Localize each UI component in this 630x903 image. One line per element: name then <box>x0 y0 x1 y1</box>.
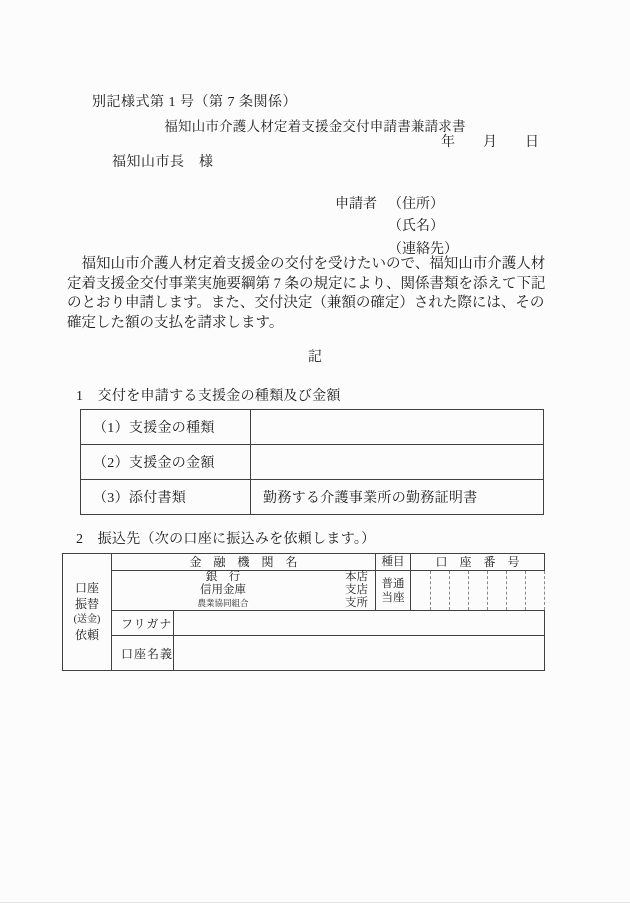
application-body-paragraph: 福知山市介護人材定着支援金の交付を受けたいので、福知山市介護人材 定着支援金交付… <box>67 255 559 333</box>
account-digit-cell <box>488 571 507 611</box>
table-row: （2）支援金の金額 <box>81 445 544 480</box>
memo-mark: 記 <box>0 350 630 366</box>
applicant-name-field: （氏名） <box>388 219 444 235</box>
institution-name-cell: 銀 行 信用金庫 農業協同組合 本店 支店 支所 <box>112 571 376 611</box>
account-number-header: 口 座 番 号 <box>411 554 545 571</box>
account-type-header: 種目 <box>376 554 411 571</box>
account-type-option: 当座 <box>376 591 410 605</box>
applicant-label: 申請者 <box>335 197 377 213</box>
section2-heading: 2 振込先（次の口座に振込みを依頼します。） <box>76 532 375 548</box>
applicant-address-field: （住所） <box>388 197 444 213</box>
account-type-options: 普通 当座 <box>376 571 411 611</box>
account-digit-cell <box>469 571 488 611</box>
account-digit-cell <box>431 571 450 611</box>
application-form-page: 別記様式第 1 号（第 7 条関係） 福知山市介護人材定着支援金交付申請書兼請求… <box>0 0 630 903</box>
institution-name-header: 金 融 機 関 名 <box>112 554 376 571</box>
account-digit-cell <box>526 571 545 611</box>
transfer-account-table: 口座 振替 (送金) 依頼 金 融 機 関 名 種目 口 座 番 号 銀 行 信… <box>62 553 545 671</box>
row-label: （3）添付書類 <box>81 480 251 515</box>
account-holder-value-cell <box>174 636 545 671</box>
account-holder-label: 口座名義 <box>112 636 174 671</box>
row-value <box>251 410 544 445</box>
side-label-line: (送金) <box>63 612 111 628</box>
bank-type-option: 銀 行 <box>112 571 334 584</box>
side-label-line: 振替 <box>63 597 111 613</box>
row-value: 勤務する介護事業所の勤務証明書 <box>251 480 544 515</box>
row-value <box>251 445 544 480</box>
form-number-line: 別記様式第 1 号（第 7 条関係） <box>92 95 297 111</box>
furigana-value-cell <box>174 611 545 636</box>
bank-type-option: 信用金庫 <box>112 584 334 597</box>
side-label-line: 依頼 <box>63 628 111 644</box>
row-label: （1）支援金の種類 <box>81 410 251 445</box>
bank-type-list: 銀 行 信用金庫 農業協同組合 <box>112 571 334 610</box>
addressee-line: 福知山市長 様 <box>112 155 214 171</box>
account-digit-cell <box>507 571 526 611</box>
table-row: （1）支援金の種類 <box>81 410 544 445</box>
furigana-label: フリガナ <box>112 611 174 636</box>
transfer-side-label: 口座 振替 (送金) 依頼 <box>63 554 112 671</box>
account-digit-cell <box>450 571 469 611</box>
branch-type-option: 本店 <box>334 571 368 584</box>
section1-heading: 1 交付を申請する支援金の種類及び金額 <box>76 389 341 405</box>
account-type-option: 普通 <box>376 577 410 591</box>
table-row: （3）添付書類 勤務する介護事業所の勤務証明書 <box>81 480 544 515</box>
date-line: 年 月 日 <box>441 135 539 151</box>
branch-type-option: 支店 <box>334 584 368 597</box>
account-digit-cell <box>411 571 431 611</box>
grant-type-table: （1）支援金の種類 （2）支援金の金額 （3）添付書類 勤務する介護事業所の勤務… <box>80 409 544 515</box>
side-label-line: 口座 <box>63 581 111 597</box>
bank-type-option: 農業協同組合 <box>112 597 334 610</box>
branch-type-list: 本店 支店 支所 <box>334 571 375 610</box>
row-label: （2）支援金の金額 <box>81 445 251 480</box>
branch-type-option: 支所 <box>334 597 368 610</box>
document-title: 福知山市介護人材定着支援金交付申請書兼請求書 <box>0 119 630 135</box>
